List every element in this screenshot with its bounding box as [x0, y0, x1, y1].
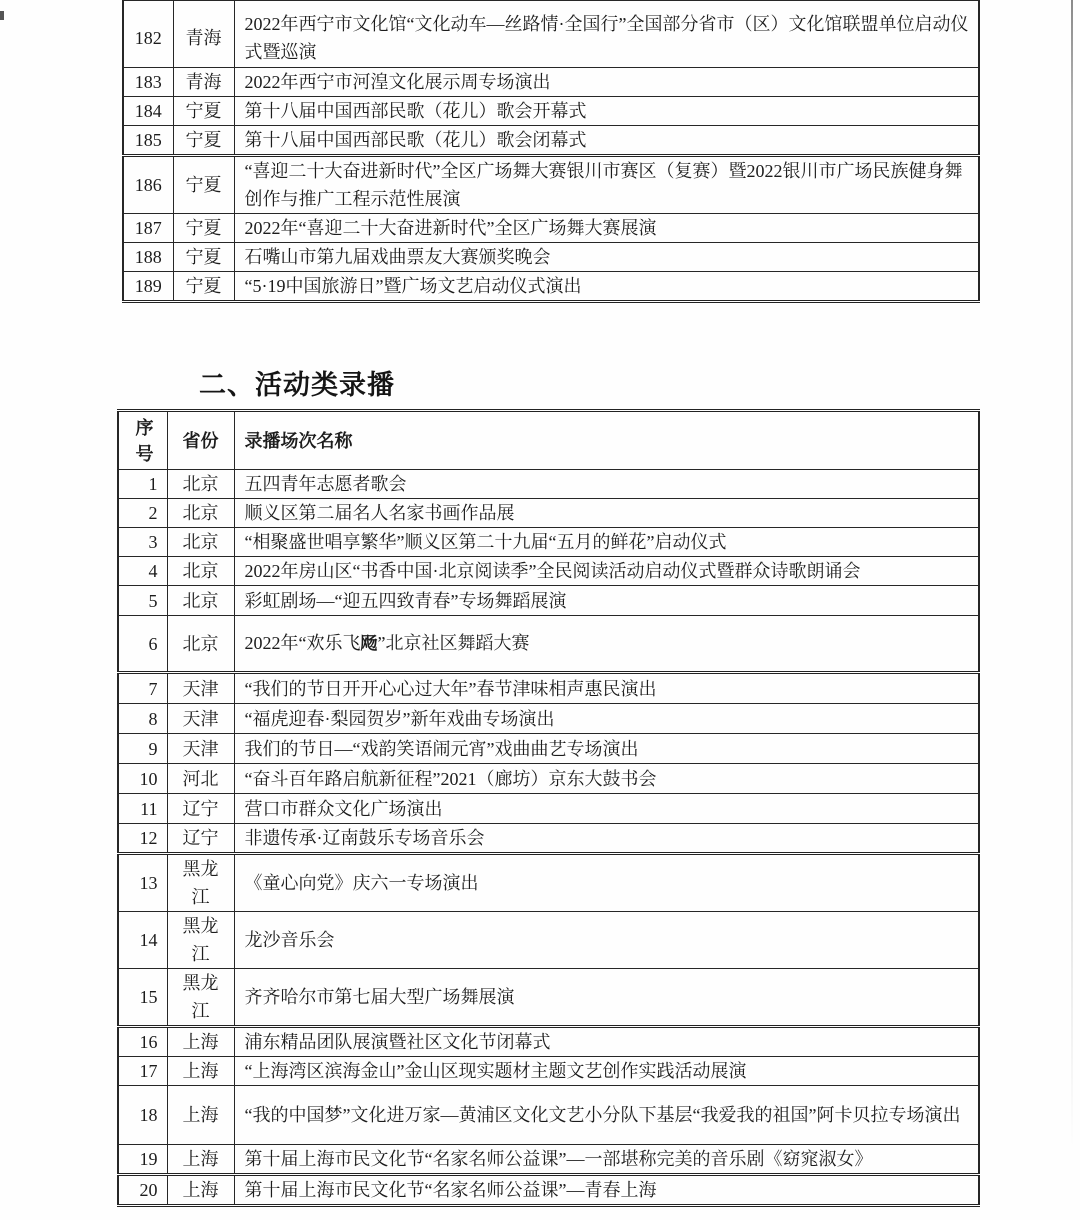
row-number-cell: 17 [118, 1057, 167, 1086]
event-name-cell: “我的中国梦”文化进万家—黄浦区文化文艺小分队下基层“我爱我的祖国”阿卡贝拉专场… [234, 1086, 979, 1145]
event-name-cell: 2022年房山区“书香中国·北京阅读季”全民阅读活动启动仪式暨群众诗歌朗诵会 [234, 557, 979, 586]
row-number-cell: 187 [123, 214, 173, 243]
event-name-cell: 第十八届中国西部民歌（花儿）歌会闭幕式 [234, 126, 979, 156]
event-name-cell: “相聚盛世唱享繁华”顺义区第二十九届“五月的鲜花”启动仪式 [234, 528, 979, 557]
event-name-cell: 浦东精品团队展演暨社区文化节闭幕式 [234, 1027, 979, 1057]
table-row: 9 天津 我们的节日—“戏韵笑语闹元宵”戏曲曲艺专场演出 [118, 734, 979, 764]
row-number-cell: 14 [118, 912, 167, 969]
row-number-cell: 1 [118, 470, 167, 499]
event-name-cell: “福虎迎春·梨园贺岁”新年戏曲专场演出 [234, 704, 979, 734]
table-row: 189 宁夏 “5·19中国旅游日”暨广场文艺启动仪式演出 [123, 272, 979, 302]
row-number-cell: 183 [123, 68, 173, 97]
table-row: 18 上海 “我的中国梦”文化进万家—黄浦区文化文艺小分队下基层“我爱我的祖国”… [118, 1086, 979, 1145]
event-name-cell: “喜迎二十大奋进新时代”全区广场舞大赛银川市赛区（复赛）暨2022银川市广场民族… [234, 156, 979, 214]
row-number-cell: 18 [118, 1086, 167, 1145]
province-cell: 上海 [167, 1027, 234, 1057]
table-row: 4 北京 2022年房山区“书香中国·北京阅读季”全民阅读活动启动仪式暨群众诗歌… [118, 557, 979, 586]
table-row: 184 宁夏 第十八届中国西部民歌（花儿）歌会开幕式 [123, 97, 979, 126]
table-row: 12 辽宁 非遗传承·辽南鼓乐专场音乐会 [118, 824, 979, 854]
province-cell: 天津 [167, 673, 234, 704]
row-number-cell: 182 [123, 1, 173, 68]
table-row: 182 青海 2022年西宁市文化馆“文化动车—丝路情·全国行”全国部分省市（区… [123, 1, 979, 68]
province-cell: 北京 [167, 499, 234, 528]
event-name-cell: 第十八届中国西部民歌（花儿）歌会开幕式 [234, 97, 979, 126]
row-number-cell: 9 [118, 734, 167, 764]
event-name-cell: 齐齐哈尔市第七届大型广场舞展演 [234, 969, 979, 1027]
row-number-cell: 4 [118, 557, 167, 586]
table-row: 1 北京 五四青年志愿者歌会 [118, 470, 979, 499]
event-name-cell: 非遗传承·辽南鼓乐专场音乐会 [234, 824, 979, 854]
table-row: 185 宁夏 第十八届中国西部民歌（花儿）歌会闭幕式 [123, 126, 979, 156]
event-name-cell: 石嘴山市第九届戏曲票友大赛颁奖晚会 [234, 243, 979, 272]
province-cell: 辽宁 [167, 794, 234, 824]
province-cell: 黑龙江 [167, 969, 234, 1027]
row-number-cell: 185 [123, 126, 173, 156]
province-cell: 辽宁 [167, 824, 234, 854]
table-row: 20 上海 第十届上海市民文化节“名家名师公益课”—青春上海 [118, 1175, 979, 1206]
table-row: 2 北京 顺义区第二届名人名家书画作品展 [118, 499, 979, 528]
row-number-cell: 20 [118, 1175, 167, 1206]
event-name-cell: “5·19中国旅游日”暨广场文艺启动仪式演出 [234, 272, 979, 302]
province-cell: 北京 [167, 616, 234, 673]
table-row: 17 上海 “上海湾区滨海金山”金山区现实题材主题文艺创作实践活动展演 [118, 1057, 979, 1086]
row-number-cell: 13 [118, 854, 167, 912]
section-heading: 二、活动类录播 [199, 363, 395, 402]
province-cell: 北京 [167, 528, 234, 557]
table-row: 15 黑龙江 齐齐哈尔市第七届大型广场舞展演 [118, 969, 979, 1027]
event-name-cell: 顺义区第二届名人名家书画作品展 [234, 499, 979, 528]
table-row: 183 青海 2022年西宁市河湟文化展示周专场演出 [123, 68, 979, 97]
header-no-cell: 序号 [118, 411, 167, 470]
event-name-cell: 营口市群众文化广场演出 [234, 794, 979, 824]
event-name-cell: 2022年西宁市文化馆“文化动车—丝路情·全国行”全国部分省市（区）文化馆联盟单… [234, 1, 979, 68]
event-name-cell: 第十届上海市民文化节“名家名师公益课”—一部堪称完美的音乐剧《窈窕淑女》 [234, 1145, 979, 1175]
table-row: 188 宁夏 石嘴山市第九届戏曲票友大赛颁奖晚会 [123, 243, 979, 272]
document-page: 182 青海 2022年西宁市文化馆“文化动车—丝路情·全国行”全国部分省市（区… [0, 0, 1080, 1220]
province-cell: 北京 [167, 557, 234, 586]
event-name-cell: 龙沙音乐会 [234, 912, 979, 969]
event-name-cell: 我们的节日—“戏韵笑语闹元宵”戏曲曲艺专场演出 [234, 734, 979, 764]
performance-table-continued: 182 青海 2022年西宁市文化馆“文化动车—丝路情·全国行”全国部分省市（区… [122, 0, 980, 303]
province-cell: 天津 [167, 704, 234, 734]
event-name-text: ”北京社区舞蹈大赛 [378, 633, 530, 653]
table-row: 19 上海 第十届上海市民文化节“名家名师公益课”—一部堪称完美的音乐剧《窈窕淑… [118, 1145, 979, 1175]
table-row: 14 黑龙江 龙沙音乐会 [118, 912, 979, 969]
row-number-cell: 16 [118, 1027, 167, 1057]
province-cell: 上海 [167, 1086, 234, 1145]
province-cell: 上海 [167, 1057, 234, 1086]
province-cell: 宁夏 [173, 97, 234, 126]
province-cell: 河北 [167, 764, 234, 794]
row-number-cell: 5 [118, 586, 167, 616]
table-row: 8 天津 “福虎迎春·梨园贺岁”新年戏曲专场演出 [118, 704, 979, 734]
recorded-activities-table: 序号 省份 录播场次名称 1 北京 五四青年志愿者歌会 2 北京 顺义区第二届名… [117, 409, 980, 1207]
province-cell: 天津 [167, 734, 234, 764]
scan-edge-line [1071, 0, 1073, 1150]
event-name-text: 2022年“欢乐飞 [245, 633, 361, 653]
province-cell: 青海 [173, 1, 234, 68]
province-cell: 宁夏 [173, 156, 234, 214]
province-cell: 宁夏 [173, 272, 234, 302]
event-name-cell: “上海湾区滨海金山”金山区现实题材主题文艺创作实践活动展演 [234, 1057, 979, 1086]
row-number-cell: 8 [118, 704, 167, 734]
row-number-cell: 189 [123, 272, 173, 302]
header-province-cell: 省份 [167, 411, 234, 470]
event-name-cell: 《童心向党》庆六一专场演出 [234, 854, 979, 912]
province-cell: 北京 [167, 470, 234, 499]
row-number-cell: 6 [118, 616, 167, 673]
province-cell: 宁夏 [173, 243, 234, 272]
row-number-cell: 186 [123, 156, 173, 214]
row-number-cell: 11 [118, 794, 167, 824]
scan-artifact-mark [0, 11, 4, 20]
province-cell: 黑龙江 [167, 854, 234, 912]
row-number-cell: 2 [118, 499, 167, 528]
table-row: 16 上海 浦东精品团队展演暨社区文化节闭幕式 [118, 1027, 979, 1057]
table-row: 186 宁夏 “喜迎二十大奋进新时代”全区广场舞大赛银川市赛区（复赛）暨2022… [123, 156, 979, 214]
header-name-cell: 录播场次名称 [234, 411, 979, 470]
row-number-cell: 12 [118, 824, 167, 854]
table-row: 3 北京 “相聚盛世唱享繁华”顺义区第二十九届“五月的鲜花”启动仪式 [118, 528, 979, 557]
table-row: 6 北京 2022年“欢乐飞飏”北京社区舞蹈大赛 [118, 616, 979, 673]
event-name-cell: 2022年西宁市河湟文化展示周专场演出 [234, 68, 979, 97]
event-name-cell: 五四青年志愿者歌会 [234, 470, 979, 499]
event-name-cell: “我们的节日开开心心过大年”春节津味相声惠民演出 [234, 673, 979, 704]
event-name-cell: 2022年“喜迎二十大奋进新时代”全区广场舞大赛展演 [234, 214, 979, 243]
province-cell: 青海 [173, 68, 234, 97]
event-name-cell: “奋斗百年路启航新征程”2021（廊坊）京东大鼓书会 [234, 764, 979, 794]
row-number-cell: 7 [118, 673, 167, 704]
province-cell: 黑龙江 [167, 912, 234, 969]
province-cell: 北京 [167, 586, 234, 616]
event-name-cell: 第十届上海市民文化节“名家名师公益课”—青春上海 [234, 1175, 979, 1206]
row-number-cell: 188 [123, 243, 173, 272]
province-cell: 宁夏 [173, 214, 234, 243]
event-name-cell: 2022年“欢乐飞飏”北京社区舞蹈大赛 [234, 616, 979, 673]
province-cell: 宁夏 [173, 126, 234, 156]
table-row: 10 河北 “奋斗百年路启航新征程”2021（廊坊）京东大鼓书会 [118, 764, 979, 794]
row-number-cell: 3 [118, 528, 167, 557]
row-number-cell: 19 [118, 1145, 167, 1175]
table-row: 11 辽宁 营口市群众文化广场演出 [118, 794, 979, 824]
row-number-cell: 15 [118, 969, 167, 1027]
province-cell: 上海 [167, 1145, 234, 1175]
row-number-cell: 10 [118, 764, 167, 794]
event-name-cell: 彩虹剧场—“迎五四致青春”专场舞蹈展演 [234, 586, 979, 616]
row-number-cell: 184 [123, 97, 173, 126]
table-row: 7 天津 “我们的节日开开心心过大年”春节津味相声惠民演出 [118, 673, 979, 704]
province-cell: 上海 [167, 1175, 234, 1206]
substituted-glyph: 飏 [361, 634, 378, 653]
table-row: 187 宁夏 2022年“喜迎二十大奋进新时代”全区广场舞大赛展演 [123, 214, 979, 243]
table-header-row: 序号 省份 录播场次名称 [118, 411, 979, 470]
table-row: 13 黑龙江 《童心向党》庆六一专场演出 [118, 854, 979, 912]
table-row: 5 北京 彩虹剧场—“迎五四致青春”专场舞蹈展演 [118, 586, 979, 616]
